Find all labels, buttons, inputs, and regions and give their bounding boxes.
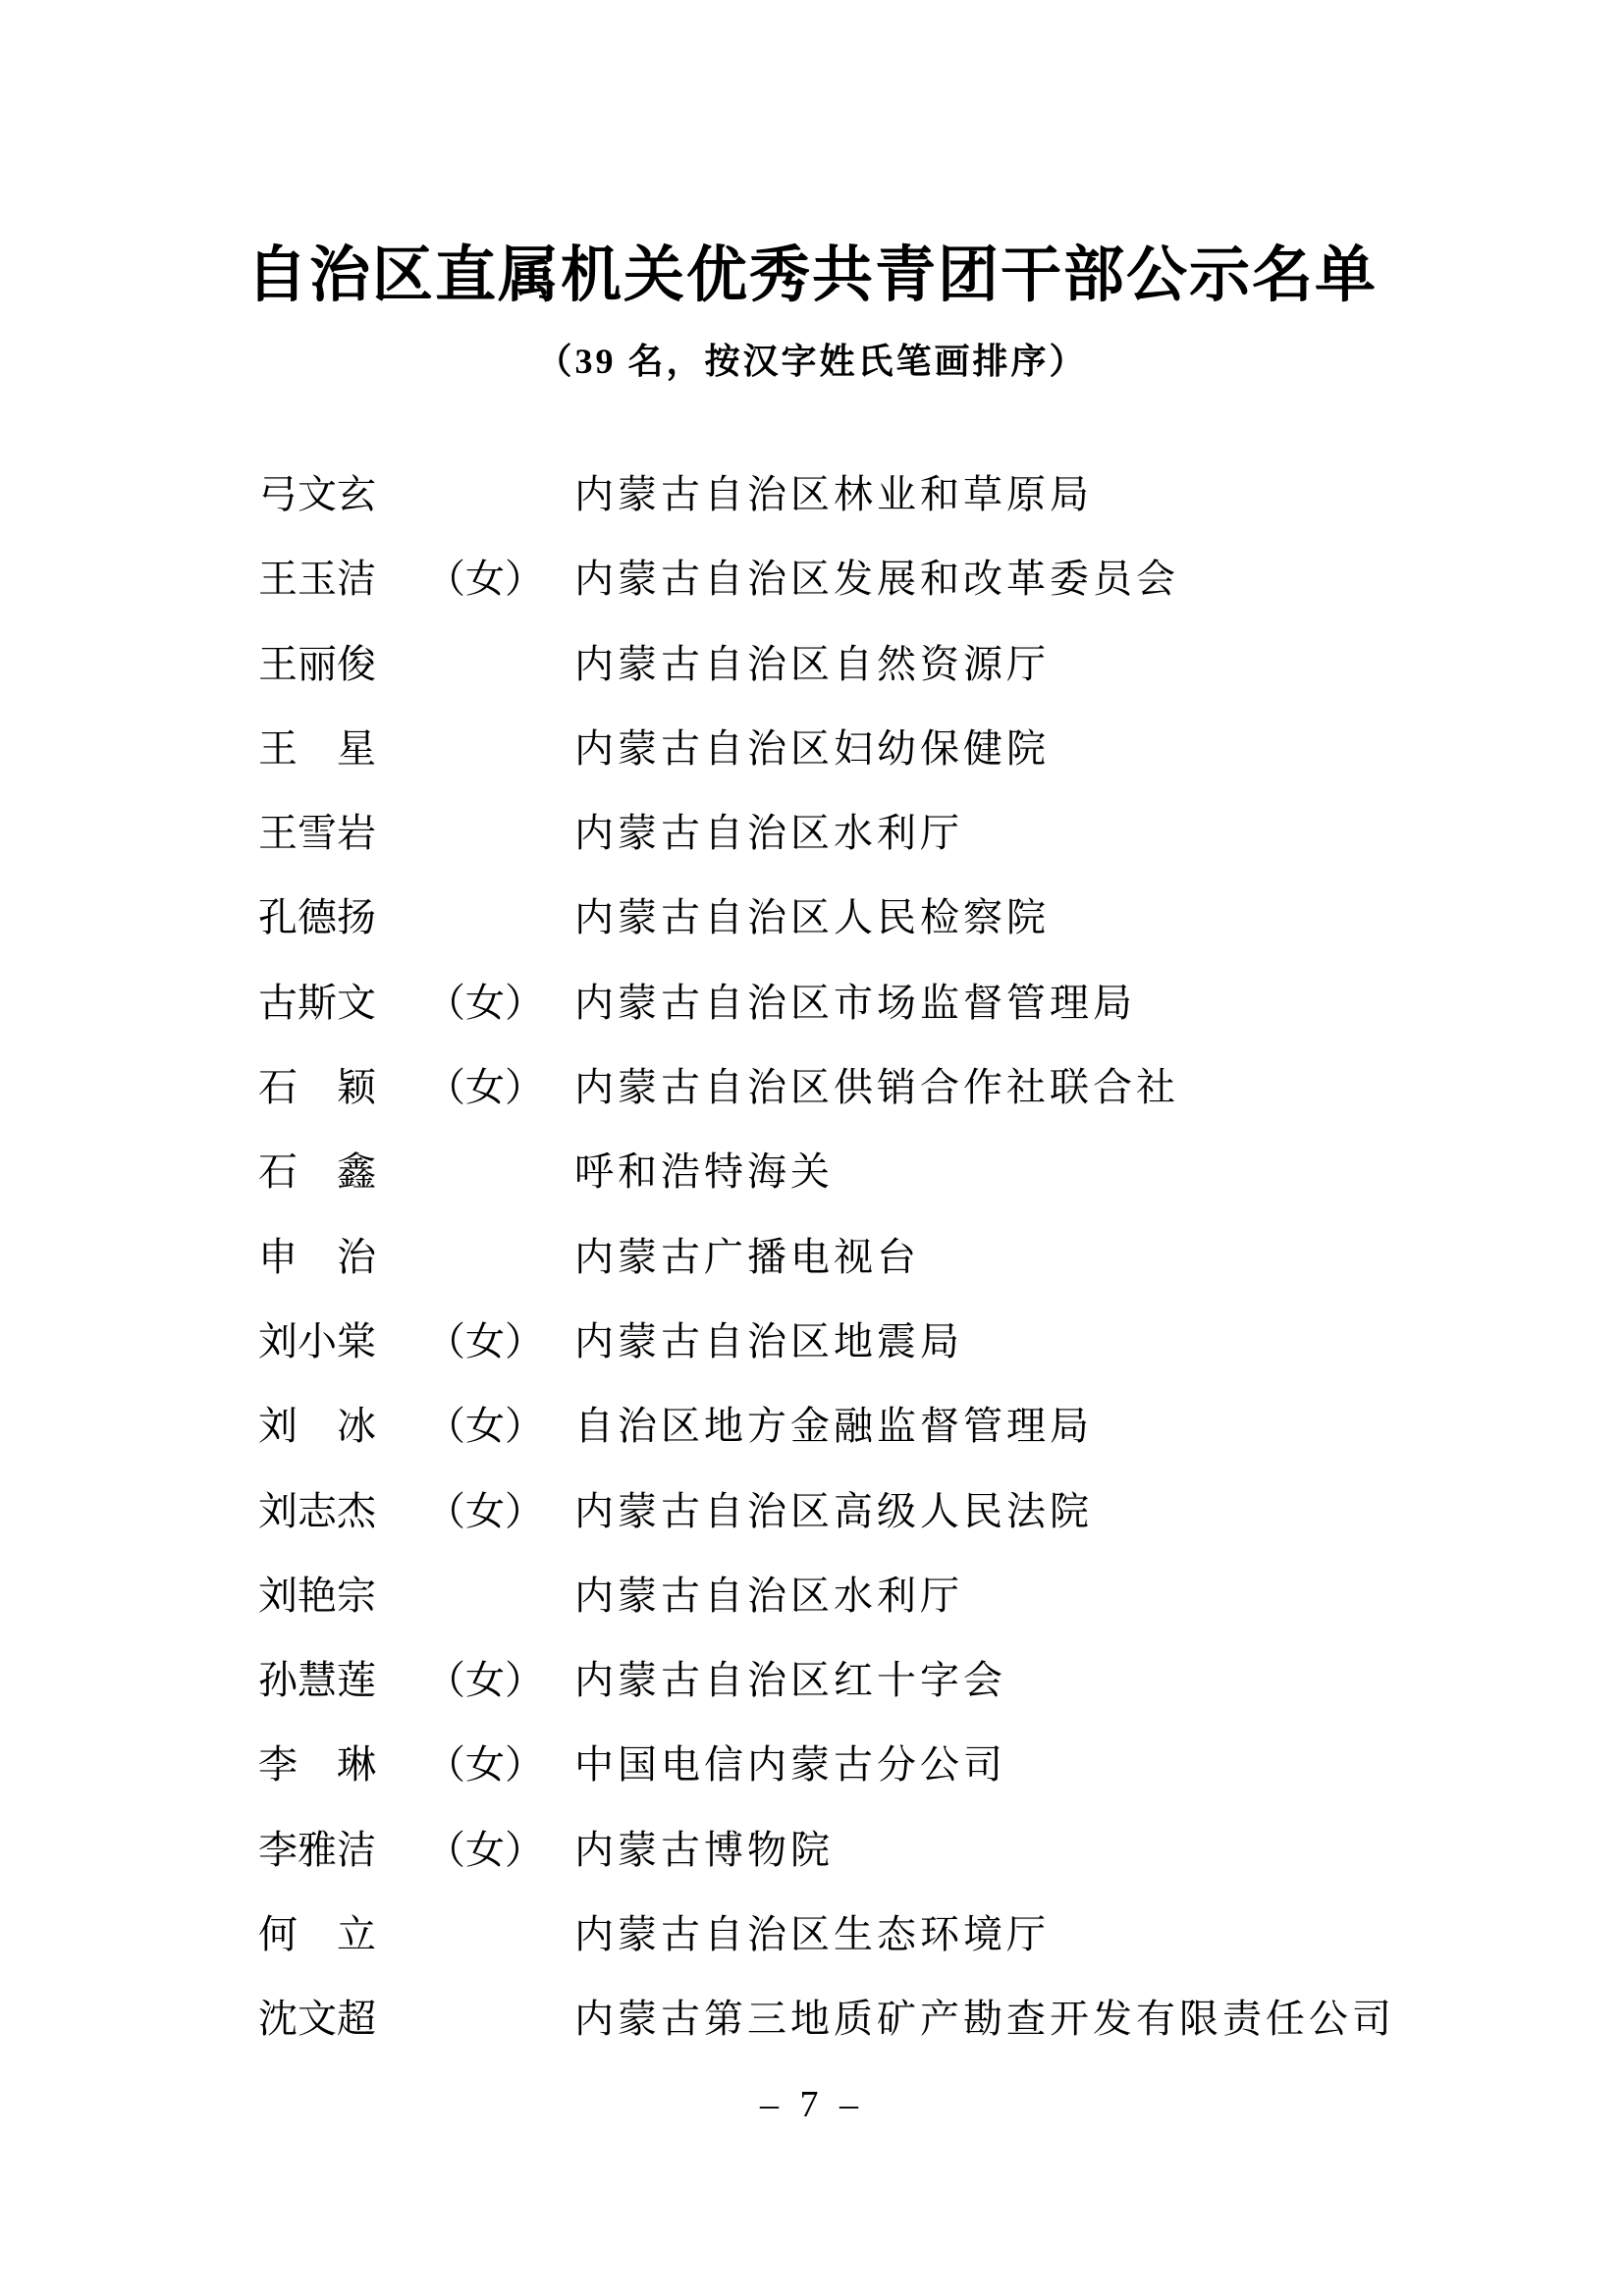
organization-name: 内蒙古自治区人民检察院 — [574, 894, 1050, 941]
person-name: 王雪岩 — [258, 810, 386, 857]
page-subtitle: （39 名，按汉字姓氏笔画排序） — [0, 342, 1624, 381]
organization-name: 内蒙古自治区水利厅 — [574, 810, 963, 857]
person-name: 古斯文 — [258, 980, 386, 1027]
list-row: 王 星 内蒙古自治区妇幼保健院 — [0, 725, 1624, 810]
list-row: 刘志杰 （女） 内蒙古自治区高级人民法院 — [0, 1488, 1624, 1573]
person-name: 王丽俊 — [258, 641, 386, 688]
person-name: 沈文超 — [258, 1996, 386, 2043]
list-row: 孙慧莲 （女） 内蒙古自治区红十字会 — [0, 1657, 1624, 1741]
organization-name: 内蒙古自治区高级人民法院 — [574, 1488, 1093, 1535]
list-row: 弓文玄 内蒙古自治区林业和草原局 — [0, 471, 1624, 556]
person-name: 刘艳宗 — [258, 1573, 386, 1620]
gender-label: （女） — [426, 980, 544, 1027]
organization-name: 呼和浩特海关 — [574, 1148, 834, 1196]
list-row: 王雪岩 内蒙古自治区水利厅 — [0, 810, 1624, 894]
organization-name: 内蒙古自治区地震局 — [574, 1318, 963, 1365]
gender-label: （女） — [426, 1064, 544, 1111]
gender-label: （女） — [426, 1403, 544, 1450]
organization-name: 内蒙古自治区生态环境厅 — [574, 1911, 1050, 1958]
gender-label: （女） — [426, 1318, 544, 1365]
organization-name: 内蒙古自治区供销合作社联合社 — [574, 1064, 1179, 1111]
person-name: 石 鑫 — [258, 1148, 386, 1196]
person-name: 弓文玄 — [258, 471, 386, 518]
organization-name: 内蒙古第三地质矿产勘查开发有限责任公司 — [574, 1996, 1395, 2043]
person-name: 孔德扬 — [258, 894, 386, 941]
person-name: 王 星 — [258, 725, 386, 773]
gender-label: （女） — [426, 556, 544, 603]
document-page: 自治区直属机关优秀共青团干部公示名单 （39 名，按汉字姓氏笔画排序） 弓文玄 … — [0, 0, 1624, 2296]
person-name: 刘 冰 — [258, 1403, 386, 1450]
organization-name: 内蒙古自治区林业和草原局 — [574, 471, 1093, 518]
person-name: 刘小棠 — [258, 1318, 386, 1365]
page-title: 自治区直属机关优秀共青团干部公示名单 — [0, 243, 1624, 308]
person-name: 何 立 — [258, 1911, 386, 1958]
list-row: 王玉洁 （女） 内蒙古自治区发展和改革委员会 — [0, 556, 1624, 640]
person-name: 石 颖 — [258, 1064, 386, 1111]
list-row: 王丽俊 内蒙古自治区自然资源厅 — [0, 641, 1624, 725]
list-row: 李雅洁 （女） 内蒙古博物院 — [0, 1827, 1624, 1911]
organization-name: 内蒙古博物院 — [574, 1827, 834, 1874]
organization-name: 内蒙古广播电视台 — [574, 1234, 920, 1281]
page-number: – 7 – — [0, 2083, 1624, 2126]
person-name: 刘志杰 — [258, 1488, 386, 1535]
person-name: 申 治 — [258, 1234, 386, 1281]
list-row: 李 琳 （女） 中国电信内蒙古分公司 — [0, 1741, 1624, 1826]
list-row: 石 鑫 呼和浩特海关 — [0, 1148, 1624, 1233]
gender-label: （女） — [426, 1657, 544, 1704]
person-name: 李 琳 — [258, 1741, 386, 1789]
list-row: 何 立 内蒙古自治区生态环境厅 — [0, 1911, 1624, 1996]
list-row: 申 治 内蒙古广播电视台 — [0, 1234, 1624, 1318]
organization-name: 内蒙古自治区自然资源厅 — [574, 641, 1050, 688]
organization-name: 内蒙古自治区市场监督管理局 — [574, 980, 1136, 1027]
organization-name: 内蒙古自治区发展和改革委员会 — [574, 556, 1179, 603]
gender-label: （女） — [426, 1488, 544, 1535]
organization-name: 自治区地方金融监督管理局 — [574, 1403, 1093, 1450]
organization-name: 内蒙古自治区水利厅 — [574, 1573, 963, 1620]
organization-name: 内蒙古自治区红十字会 — [574, 1657, 1006, 1704]
list-row: 刘艳宗 内蒙古自治区水利厅 — [0, 1573, 1624, 1657]
person-name: 王玉洁 — [258, 556, 386, 603]
gender-label: （女） — [426, 1741, 544, 1789]
organization-name: 内蒙古自治区妇幼保健院 — [574, 725, 1050, 773]
person-name: 李雅洁 — [258, 1827, 386, 1874]
person-name: 孙慧莲 — [258, 1657, 386, 1704]
gender-label: （女） — [426, 1827, 544, 1874]
recipient-list: 弓文玄 内蒙古自治区林业和草原局 王玉洁 （女） 内蒙古自治区发展和改革委员会 … — [0, 471, 1624, 2081]
list-row: 孔德扬 内蒙古自治区人民检察院 — [0, 894, 1624, 979]
list-row: 沈文超 内蒙古第三地质矿产勘查开发有限责任公司 — [0, 1996, 1624, 2080]
list-row: 石 颖 （女） 内蒙古自治区供销合作社联合社 — [0, 1064, 1624, 1148]
organization-name: 中国电信内蒙古分公司 — [574, 1741, 1006, 1789]
list-row: 刘小棠 （女） 内蒙古自治区地震局 — [0, 1318, 1624, 1403]
list-row: 刘 冰 （女） 自治区地方金融监督管理局 — [0, 1403, 1624, 1487]
list-row: 古斯文 （女） 内蒙古自治区市场监督管理局 — [0, 980, 1624, 1064]
